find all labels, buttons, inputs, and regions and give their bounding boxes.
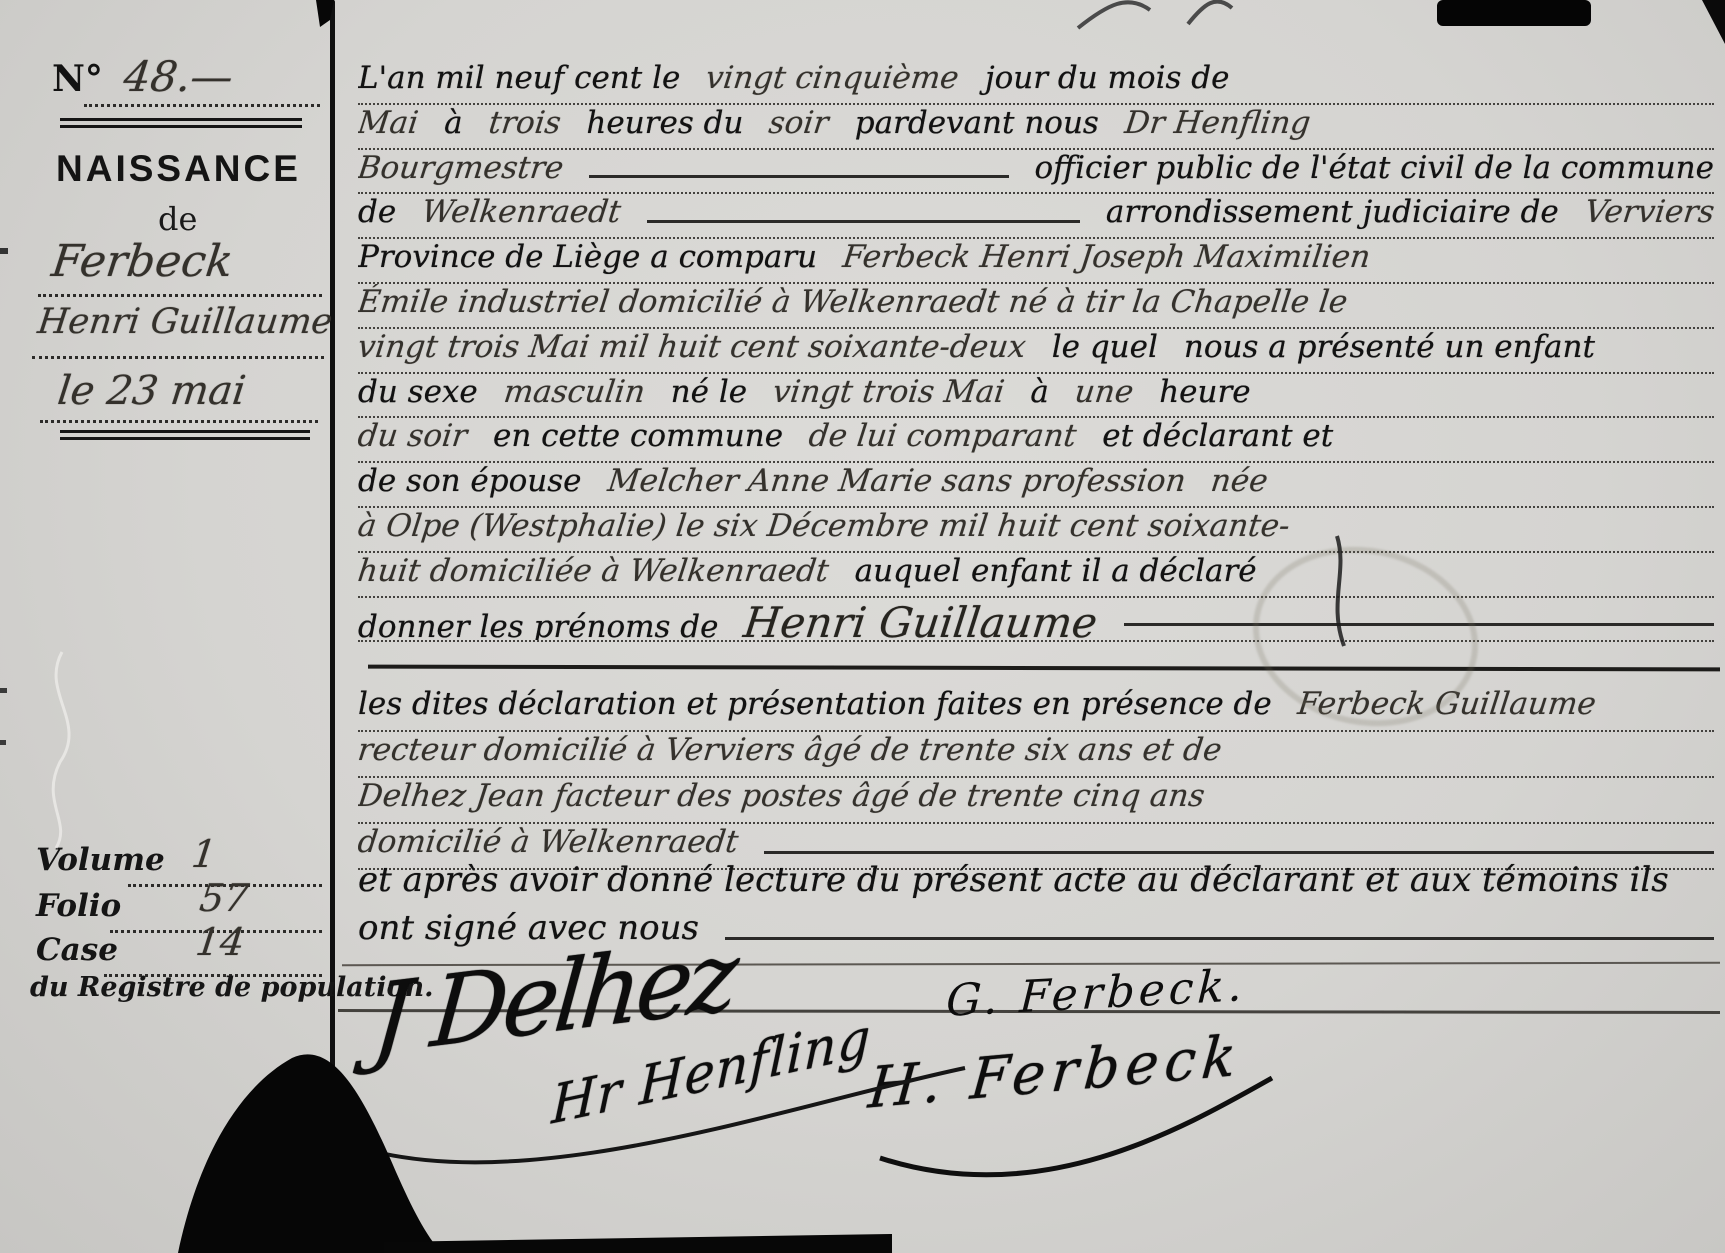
act-text-segment: le quel (1052, 329, 1158, 365)
act-text-segment: en cette commune (493, 418, 783, 454)
act-line: à Olpe (Westphalie) le six Décembre mil … (358, 508, 1714, 553)
act-text-segment: Mai (358, 105, 420, 141)
act-text-segment: et après avoir donné lecture du présent … (358, 860, 1669, 900)
section-separator-rule (368, 665, 1720, 672)
act-line: L'an mil neuf cent levingt cinquièmejour… (358, 60, 1714, 105)
edge-speck (0, 740, 6, 745)
act-text-segment: Ferbeck Henri Joseph Maximilien (841, 239, 1373, 275)
act-text-segment: Delhez Jean facteur des postes âgé de tr… (358, 778, 1207, 814)
act-text-segment: une (1073, 374, 1136, 410)
act-line: recteur domicilié à Verviers âgé de tren… (358, 732, 1714, 778)
act-text-segment: du sexe (358, 374, 478, 410)
act-text-segment: à (444, 105, 462, 141)
act-number-value: 48.— (121, 52, 236, 101)
margin-surname-dotted-line (38, 294, 322, 297)
act-text-segment: à (1030, 374, 1048, 410)
act-text-segment: né le (671, 374, 747, 410)
act-text-segment: masculin (502, 374, 647, 410)
act-line: huit domiciliée à Welkenraedtauquel enfa… (358, 553, 1714, 598)
act-number-label: N° (52, 58, 103, 100)
act-line: Maiàtroisheures dusoirpardevant nousDr H… (358, 105, 1714, 150)
act-text-segment: Henri Guillaume (741, 598, 1100, 643)
act-text-segment: les dites déclaration et présentation fa… (358, 686, 1272, 722)
top-edge-pen-mark (1078, 1, 1232, 28)
act-text-segment: du soir (358, 418, 469, 454)
filler-dash (764, 851, 1714, 854)
act-line: donner les prénoms deHenri Guillaume (358, 598, 1714, 643)
margin-title-de: de (158, 200, 197, 238)
act-paragraph-main: L'an mil neuf cent levingt cinquièmejour… (358, 60, 1714, 642)
act-text-segment: Bourgmestre (358, 150, 566, 186)
act-text-segment: à Olpe (Westphalie) le six Décembre mil … (358, 508, 1292, 544)
act-text-segment: trois (486, 105, 562, 141)
margin-double-rule-bottom (60, 430, 310, 440)
case-value: 14 (193, 920, 247, 964)
act-text-segment: heures du (586, 105, 743, 141)
act-text-segment: Dr Henfling (1123, 105, 1313, 141)
act-text-segment: domicilié à Welkenraedt (358, 824, 740, 860)
folio-label: Folio (36, 888, 121, 924)
act-text-segment: huit domiciliée à Welkenraedt (358, 553, 831, 589)
filler-dash (725, 937, 1714, 940)
scanned-birth-record-page: { "margin": { "number_label": "N°", "num… (0, 0, 1725, 1253)
act-text-segment: heure (1159, 374, 1250, 410)
act-text-segment: arrondissement judiciaire de (1106, 194, 1559, 230)
bottom-edge-black-strip (384, 1234, 892, 1253)
edge-speck (0, 688, 7, 693)
register-note: du Registre de population. (30, 972, 434, 1003)
act-paragraph-witnesses: les dites déclaration et présentation fa… (358, 686, 1714, 870)
act-text-segment: officier public de l'état civil de la co… (1035, 150, 1714, 186)
top-right-black-bar (1437, 0, 1591, 26)
bottom-left-ink-blob (178, 1054, 442, 1253)
filler-dash (647, 220, 1080, 223)
act-line: de son épouseMelcher Anne Marie sans pro… (358, 463, 1714, 508)
margin-birth-date-dotted-line (40, 420, 318, 423)
act-text-segment: Émile industriel domicilié à Welkenraedt… (358, 284, 1350, 320)
filler-dash (589, 175, 1008, 178)
act-text-segment: vingt trois Mai mil huit cent soixante-d… (358, 329, 1028, 365)
volume-label: Volume (36, 842, 165, 878)
edge-speck (0, 248, 8, 254)
margin-title-naissance: NAISSANCE (56, 148, 301, 190)
margin-surname: Ferbeck (49, 236, 236, 287)
act-number-dotted-line (84, 104, 320, 107)
act-text-segment: soir (767, 105, 831, 141)
case-label: Case (36, 932, 118, 968)
signature-h-ferbeck: H. Ferbeck (866, 1023, 1245, 1121)
act-text-segment: auquel enfant il a déclaré (855, 553, 1257, 589)
act-line: Émile industriel domicilié à Welkenraedt… (358, 284, 1714, 329)
act-text-segment: de son épouse (358, 463, 582, 499)
act-text-segment: vingt cinquième (704, 60, 961, 96)
act-text-segment: pardevant nous (855, 105, 1099, 141)
act-text-segment: Melcher Anne Marie sans profession (605, 463, 1187, 499)
act-line: les dites déclaration et présentation fa… (358, 686, 1714, 732)
margin-given-names: Henri Guillaume (36, 302, 335, 342)
act-line: du sexemasculinné levingt trois Maiàuneh… (358, 374, 1714, 419)
act-text-segment: de (358, 194, 396, 230)
act-text-segment: L'an mil neuf cent le (358, 60, 680, 96)
act-line: Province de Liège a comparuFerbeck Henri… (358, 239, 1714, 284)
act-line: Delhez Jean facteur des postes âgé de tr… (358, 778, 1714, 824)
act-line: Bourgmestreofficier public de l'état civ… (358, 150, 1714, 195)
act-text-segment: vingt trois Mai (771, 374, 1007, 410)
act-text-segment: donner les prénoms de (358, 609, 718, 643)
act-text-segment: Province de Liège a comparu (358, 239, 817, 275)
act-text-segment: jour du mois de (985, 60, 1230, 96)
column-divider-rule (330, 0, 335, 1128)
margin-birth-date: le 23 mai (55, 368, 248, 414)
act-text-segment: et déclarant et (1102, 418, 1333, 454)
act-text-segment: Verviers (1583, 194, 1714, 230)
act-text-segment: née (1209, 463, 1270, 499)
act-text-segment: Welkenraedt (420, 194, 623, 230)
act-line: vingt trois Mai mil huit cent soixante-d… (358, 329, 1714, 374)
folio-value: 57 (197, 876, 251, 920)
act-line: du soiren cette communede lui comparante… (358, 418, 1714, 463)
signature-g-ferbeck: G. Ferbeck. (945, 960, 1248, 1027)
volume-value: 1 (189, 832, 219, 876)
margin-given-names-dotted-line (32, 356, 324, 359)
top-right-corner-shadow (1702, 0, 1725, 44)
act-text-segment: recteur domicilié à Verviers âgé de tren… (358, 732, 1224, 768)
paper-scratch (53, 652, 69, 848)
act-text-segment: nous a présenté un enfant (1184, 329, 1595, 365)
act-text-segment: de lui comparant (807, 418, 1079, 454)
act-line: deWelkenraedtarrondissement judiciaire d… (358, 194, 1714, 239)
margin-double-rule-top (60, 118, 302, 128)
act-line: et après avoir donné lecture du présent … (358, 860, 1714, 908)
